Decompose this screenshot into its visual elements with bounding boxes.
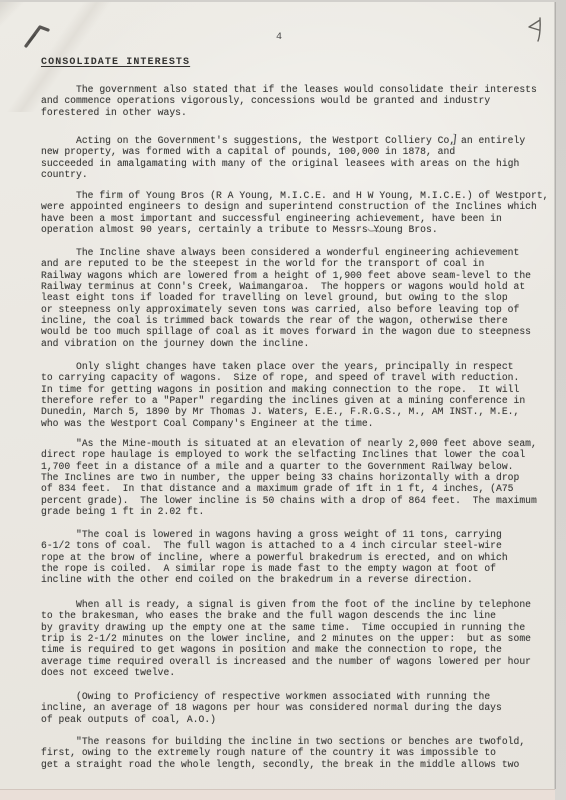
paragraph-coal-lowered: "The coal is lowered in wagons having a … — [41, 529, 508, 586]
paragraph-signal: When all is ready, a signal is given fro… — [41, 599, 531, 678]
paragraph-young-bros: The firm of Young Bros (R A Young, M.I.C… — [41, 190, 549, 235]
handwritten-page-annotation — [522, 14, 548, 46]
page-title: CONSOLIDATE INTERESTS — [41, 57, 190, 68]
paragraph-owing-note: (Owing to Proficiency of respective work… — [41, 691, 502, 725]
paragraph-incline-shave: The Incline shave always been considered… — [41, 247, 531, 349]
paragraph-consolidate-1: The government also stated that if the l… — [41, 84, 537, 118]
paragraph-mine-mouth: "As the Mine-mouth is situated at an ele… — [41, 438, 537, 517]
paragraph-two-sections: "The reasons for building the incline in… — [41, 736, 525, 770]
next-page-edge — [0, 789, 555, 800]
paper-sheet: 4 CONSOLIDATE INTERESTS The government a… — [0, 2, 556, 789]
paragraph-slight-changes: Only slight changes have taken place ove… — [41, 361, 525, 429]
ink-scribble-mark — [20, 18, 56, 54]
page-number: 4 — [276, 32, 283, 43]
scanned-document-page: 4 CONSOLIDATE INTERESTS The government a… — [0, 0, 566, 800]
